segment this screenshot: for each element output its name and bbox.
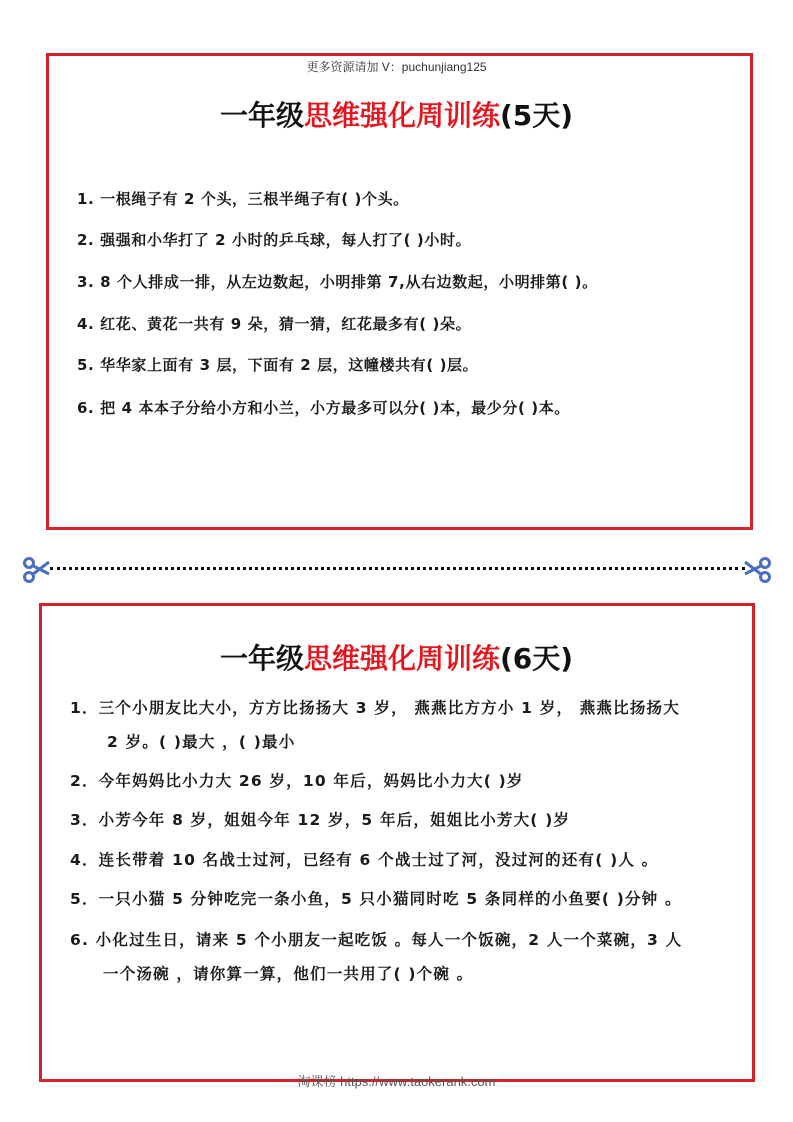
title-day: (5天) bbox=[500, 99, 573, 132]
question-6-4: 4．连长带着 10 名战士过河，已经有 6 个战士过了河，没过河的还有( )人 … bbox=[70, 848, 658, 870]
title-day6: 一年级思维强化周训练(6天) bbox=[0, 637, 793, 677]
question-5-2: 2. 强强和小华打了 2 小时的乒乓球，每人打了( )小时。 bbox=[77, 229, 471, 250]
question-6-1: 1．三个小朋友比大小，方方比扬扬大 3 岁， 燕燕比方方小 1 岁， 燕燕比扬扬… bbox=[70, 696, 680, 718]
scissors-icon bbox=[742, 556, 772, 584]
question-5-6: 6. 把 4 本本子分给小方和小兰，小方最多可以分( )本，最少分( )本。 bbox=[77, 397, 570, 418]
question-6-3: 3．小芳今年 8 岁，姐姐今年 12 岁，5 年后，姐姐比小芳大( )岁 bbox=[70, 808, 570, 830]
question-5-1: 1. 一根绳子有 2 个头，三根半绳子有( )个头。 bbox=[77, 188, 409, 209]
footer-watermark: 淘课榜 https://www.taokerank.com bbox=[0, 1071, 793, 1090]
title-day: (6天) bbox=[500, 642, 573, 675]
title-grade: 一年级 bbox=[220, 642, 304, 675]
question-6-5: 5．一只小猫 5 分钟吃完一条小鱼，5 只小猫同时吃 5 条同样的小鱼要( )分… bbox=[70, 887, 682, 909]
title-day5: 一年级思维强化周训练(5天) bbox=[0, 94, 793, 134]
question-5-4: 4. 红花、黄花一共有 9 朵，猜一猜，红花最多有( )朵。 bbox=[77, 313, 471, 334]
question-6-6-cont: 一个汤碗 ，请你算一算，他们一共用了( )个碗 。 bbox=[103, 962, 473, 984]
top-watermark: 更多资源请加 V：puchunjiang125 bbox=[0, 58, 793, 75]
title-grade: 一年级 bbox=[220, 99, 304, 132]
cut-line bbox=[50, 567, 745, 570]
question-6-1-cont: 2 岁。( )最大 ，( )最小 bbox=[107, 730, 295, 752]
title-topic: 思维强化周训练 bbox=[304, 642, 500, 675]
question-5-3: 3. 8 个人排成一排，从左边数起，小明排第 7,从右边数起，小明排第( )。 bbox=[77, 271, 598, 292]
question-6-6: 6. 小化过生日，请来 5 个小朋友一起吃饭 。每人一个饭碗，2 人一个菜碗，3… bbox=[70, 928, 682, 950]
title-topic: 思维强化周训练 bbox=[304, 99, 500, 132]
question-6-2: 2．今年妈妈比小力大 26 岁，10 年后，妈妈比小力大( )岁 bbox=[70, 769, 524, 791]
question-5-5: 5. 华华家上面有 3 层，下面有 2 层，这幢楼共有( )层。 bbox=[77, 354, 478, 375]
scissors-icon bbox=[22, 556, 52, 584]
